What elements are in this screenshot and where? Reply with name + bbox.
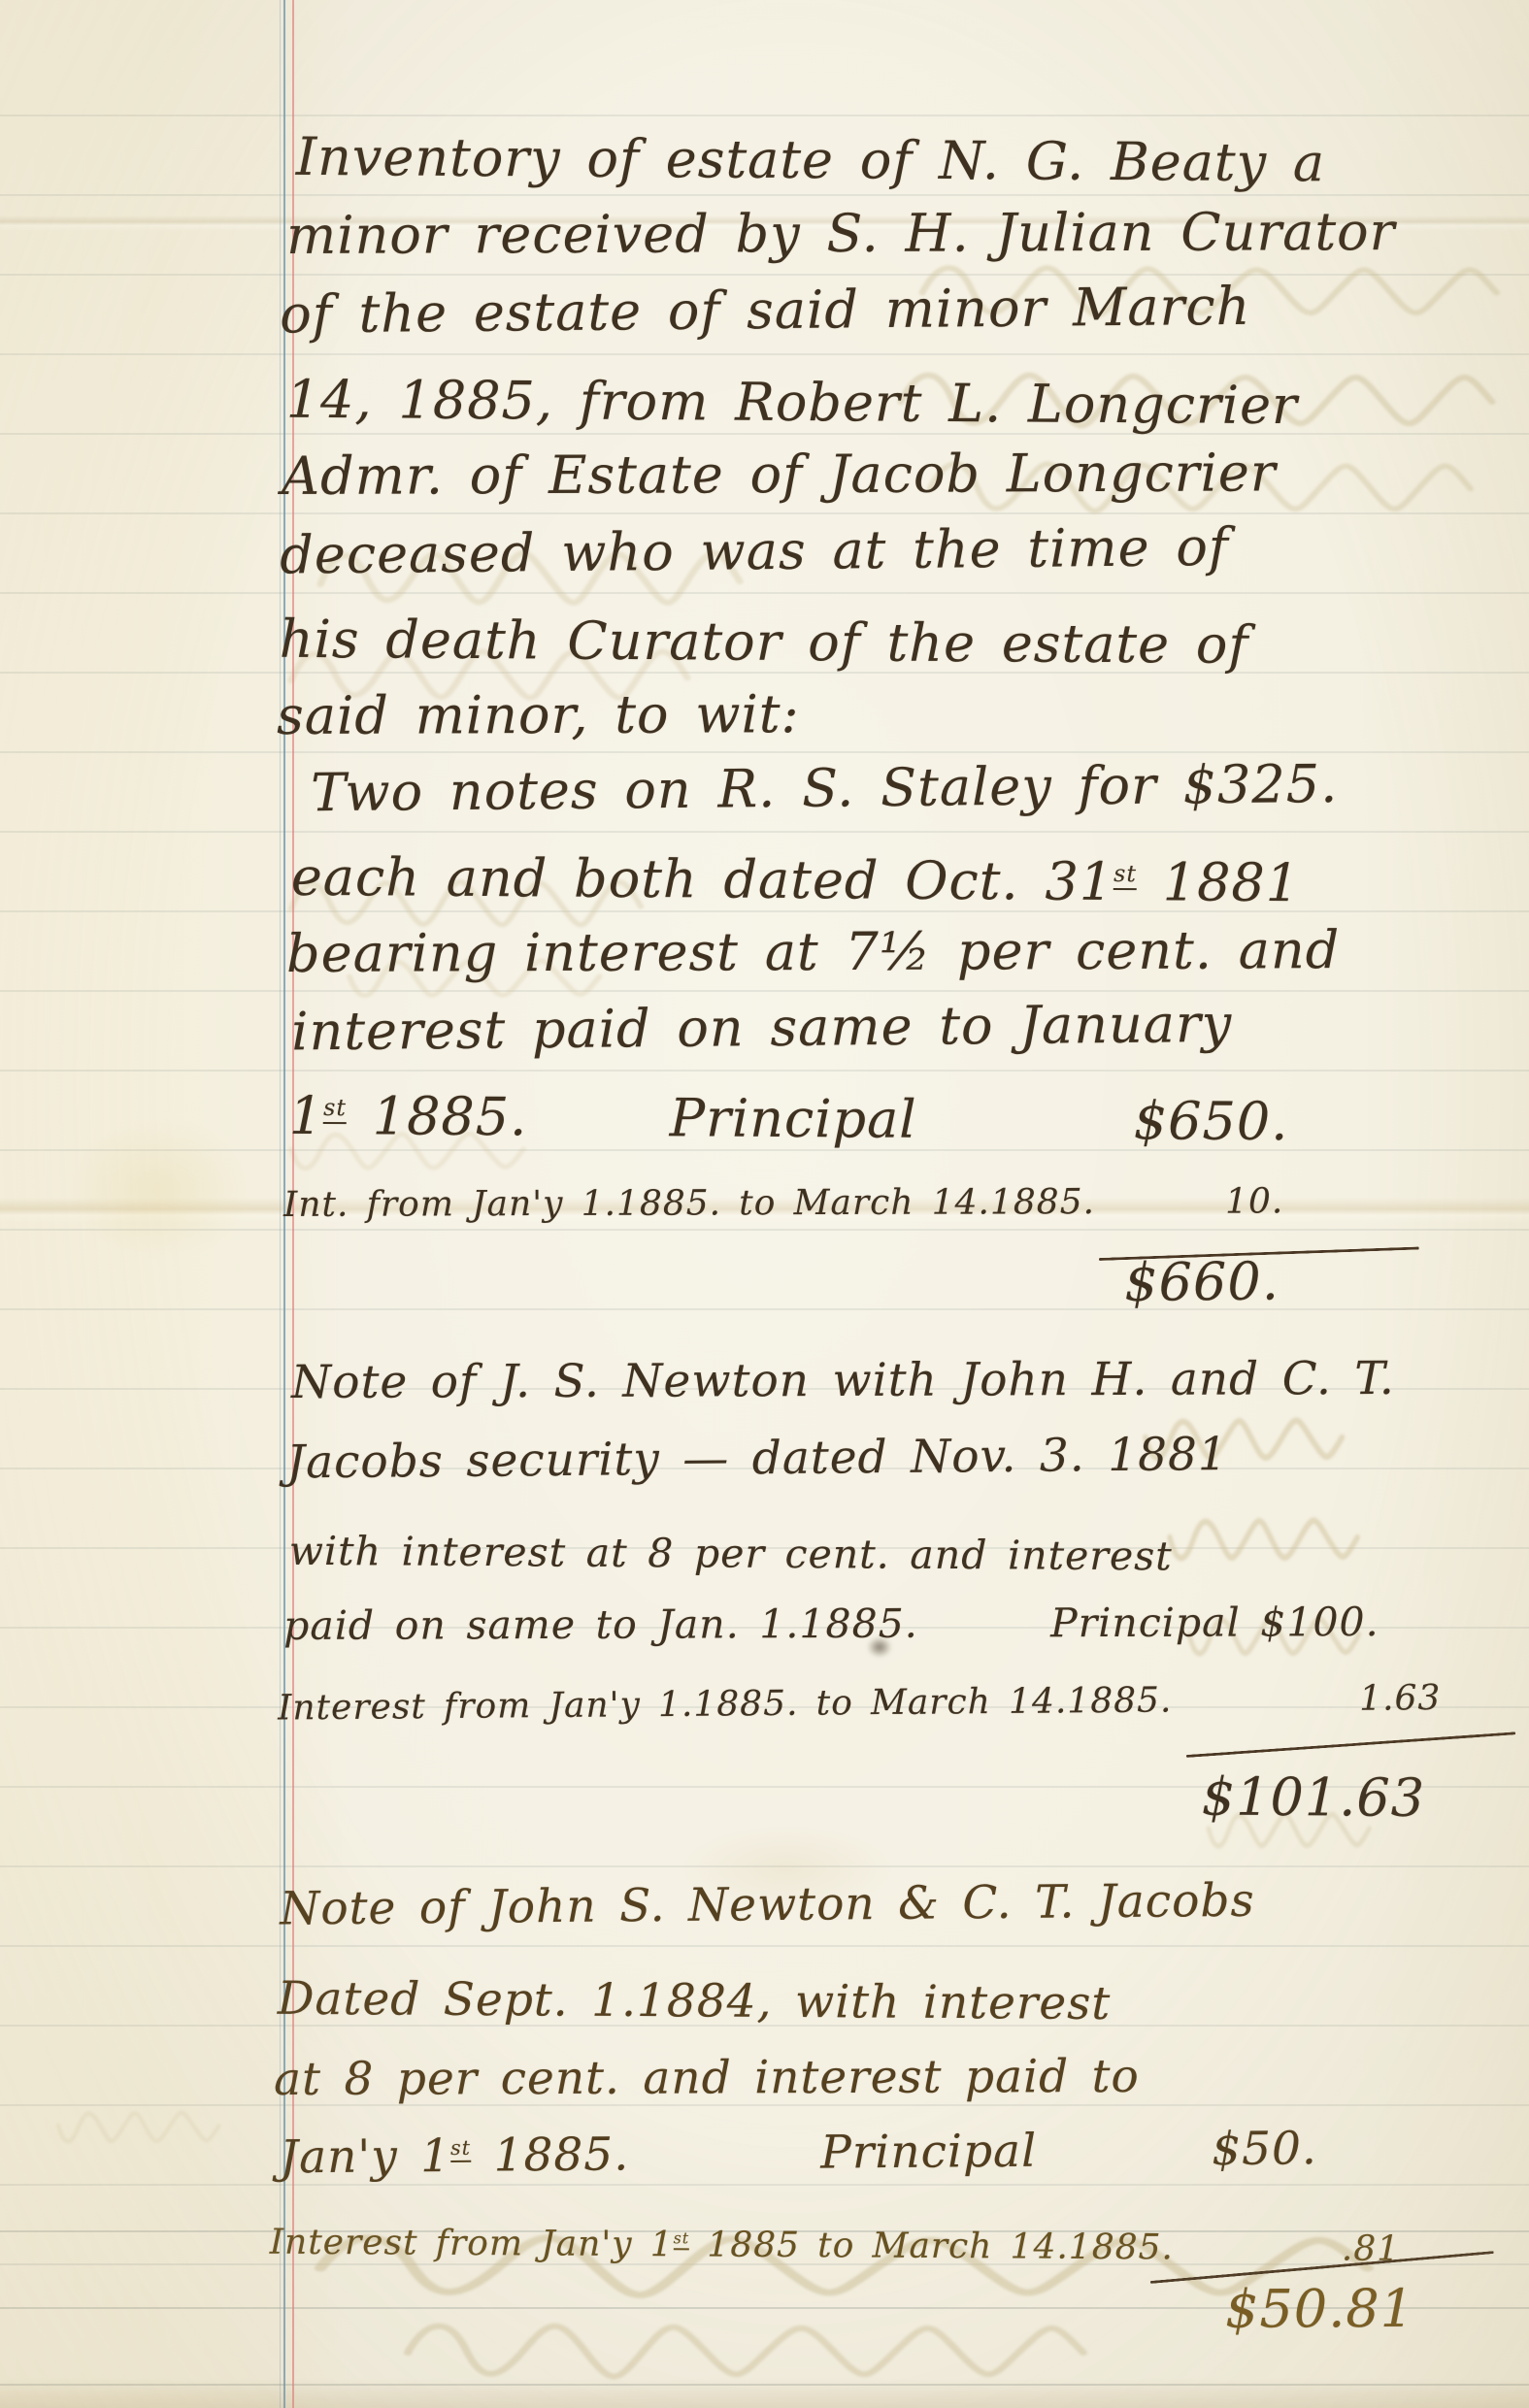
text-run: 1st 1885. [289, 1085, 528, 1147]
text-run: Int. from Jan'y 1.1885. to March 14.1885… [283, 1182, 1095, 1225]
manuscript-line: $660. [0, 1248, 1529, 1262]
manuscript-line: $50.81 [0, 2278, 1529, 2283]
text-run: 10. [1225, 1181, 1283, 1221]
text-run: Dated Sept. 1.1884, with interest [278, 1972, 1112, 2030]
text-run: 14, 1885, from Robert L. Longcrier [286, 369, 1298, 436]
text-run: said minor, to wit: [277, 683, 800, 746]
text-run: $50. [1212, 2122, 1317, 2176]
text-run: .81 [1342, 2228, 1401, 2268]
text-run: 1.63 [1359, 1678, 1442, 1719]
manuscript-line: said minor, to wit: [0, 681, 1529, 686]
text-run: interest paid on same to January [291, 993, 1233, 1062]
text-run: Two notes on R. S. Staley for $325. [311, 753, 1339, 823]
manuscript-line: Dated Sept. 1.1884, with interest [0, 1970, 1529, 1980]
text-run: $50.81 [1225, 2278, 1414, 2340]
text-run: minor received by S. H. Julian Curator [286, 201, 1396, 266]
text-run: Note of J. S. Newton with John H. and C.… [291, 1352, 1395, 1409]
text-run: Interest from Jan'y 1.1885. to March 14.… [278, 1680, 1173, 1728]
manuscript-line: Jacobs security — dated Nov. 3. 1881 [0, 1425, 1529, 1438]
manuscript-layer: Inventory of estate of N. G. Beaty amino… [0, 0, 1529, 2408]
manuscript-line: at 8 per cent. and interest paid to [0, 2049, 1529, 2054]
manuscript-line: bearing interest at 7½ per cent. and [0, 919, 1529, 924]
text-run: Interest from Jan'y 1st 1885 to March 14… [270, 2223, 1174, 2268]
text-run: $660. [1124, 1251, 1280, 1313]
sum-rule [1186, 1732, 1515, 1758]
manuscript-line: of the estate of said minor March [0, 273, 1529, 286]
text-run: Principal [670, 1087, 917, 1150]
manuscript-line: deceased who was at the time of [0, 513, 1529, 527]
manuscript-line: 1st 1885.Principal$650. [0, 1083, 1529, 1093]
manuscript-line: 14, 1885, from Robert L. Longcrier [0, 367, 1529, 377]
manuscript-line: paid on same to Jan. 1.1885.Principal $1… [0, 1599, 1529, 1603]
manuscript-line: each and both dated Oct. 31st 1881 [0, 844, 1529, 854]
text-run: Jan'y 1st 1885. [280, 2128, 629, 2184]
text-run: deceased who was at the time of [280, 516, 1229, 586]
manuscript-line: Note of John S. Newton & C. T. Jacobs [0, 1871, 1529, 1885]
manuscript-line: Note of J. S. Newton with John H. and C.… [0, 1352, 1529, 1357]
text-run: bearing interest at 7½ per cent. and [286, 919, 1340, 984]
text-run: $650. [1134, 1090, 1289, 1152]
text-run: of the estate of said minor March [280, 276, 1251, 346]
manuscript-line: Two notes on R. S. Staley for $325. [0, 751, 1529, 765]
text-run: Note of John S. Newton & C. T. Jacobs [280, 1874, 1255, 1936]
manuscript-line: his death Curator of the estate of [0, 607, 1529, 616]
text-run: Admr. of Estate of Jacob Longcrier [282, 442, 1277, 507]
manuscript-line: Inventory of estate of N. G. Beaty a [0, 124, 1529, 134]
manuscript-line: Interest from Jan'y 1.1885. to March 14.… [0, 1677, 1529, 1691]
text-run: paid on same to Jan. 1.1885. [283, 1600, 918, 1649]
manuscript-line: Interest from Jan'y 1st 1885 to March 14… [0, 2221, 1529, 2230]
text-run: Jacobs security — dated Nov. 3. 1881 [286, 1428, 1228, 1489]
manuscript-line: minor received by S. H. Julian Curator [0, 201, 1529, 206]
document-page: Inventory of estate of N. G. Beaty amino… [0, 0, 1529, 2408]
manuscript-line: Jan'y 1st 1885.Principal$50. [0, 2120, 1529, 2133]
manuscript-line: Int. from Jan'y 1.1885. to March 14.1885… [0, 1181, 1529, 1186]
manuscript-line: $101.63 [0, 1759, 1529, 1768]
manuscript-line: Admr. of Estate of Jacob Longcrier [0, 442, 1529, 446]
text-run: with interest at 8 per cent. and interes… [289, 1528, 1173, 1580]
text-run: at 8 per cent. and interest paid to [274, 2050, 1140, 2106]
text-run: Inventory of estate of N. G. Beaty a [296, 126, 1326, 193]
text-run: his death Curator of the estate of [280, 609, 1249, 676]
text-run: each and both dated Oct. 31st 1881 [291, 846, 1301, 913]
manuscript-line: interest paid on same to January [0, 990, 1529, 1004]
text-run: Principal [820, 2125, 1037, 2180]
text-run: Principal $100. [1050, 1599, 1379, 1646]
text-run: $101.63 [1202, 1766, 1426, 1829]
manuscript-line: with interest at 8 per cent. and interes… [0, 1526, 1529, 1535]
